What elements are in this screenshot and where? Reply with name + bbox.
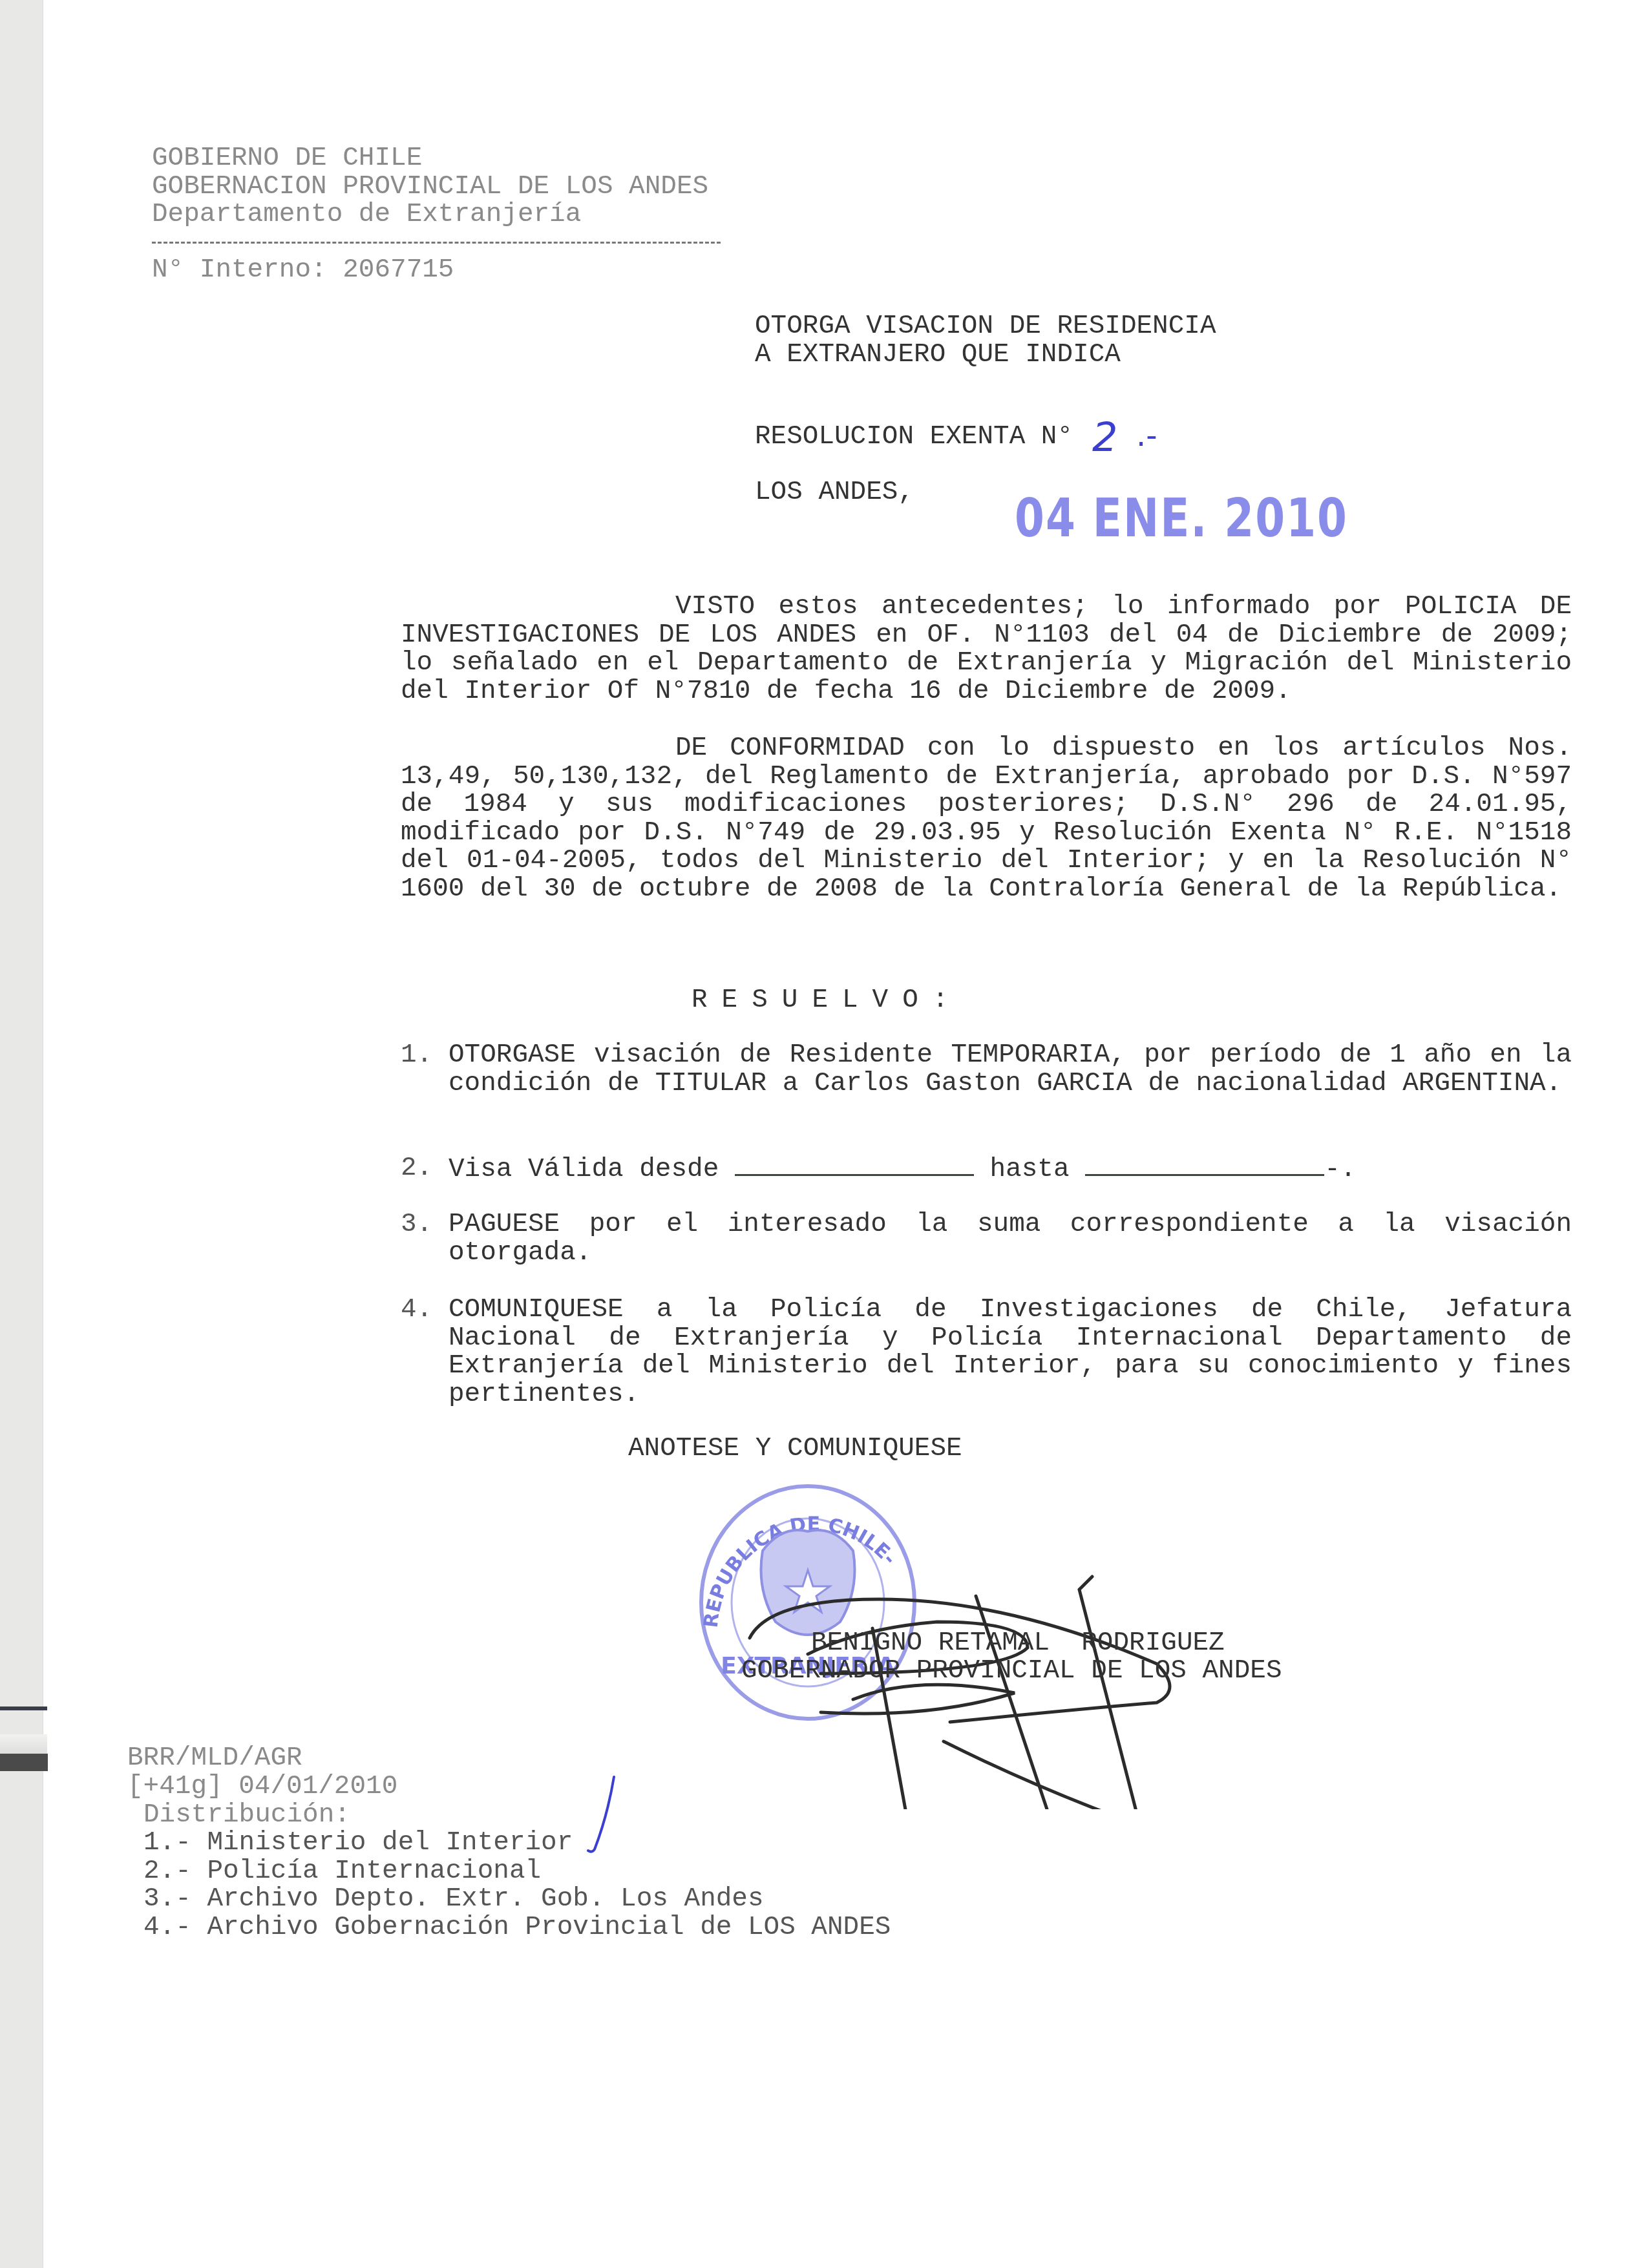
item-text: Visa Válida desde bbox=[449, 1155, 719, 1184]
item-text: hasta bbox=[990, 1155, 1070, 1184]
author-initials: BRR/MLD/AGR bbox=[127, 1745, 302, 1773]
scanner-edge-strip bbox=[0, 0, 43, 2268]
distribution-item: 3.- Archivo Depto. Extr. Gob. Los Andes bbox=[143, 1885, 764, 1914]
visto-paragraph: VISTO estos antecedentes; lo informado p… bbox=[401, 593, 1572, 706]
signatory-title: GOBERNADOR PROVINCIAL DE LOS ANDES bbox=[741, 1657, 1282, 1686]
scanner-edge-mark bbox=[0, 1734, 47, 1754]
letterhead-divider bbox=[152, 242, 721, 244]
resolution-number-suffix: .- bbox=[1136, 417, 1157, 454]
internal-number: N° Interno: 2067715 bbox=[152, 257, 454, 285]
distribution-title: Distribución: bbox=[143, 1801, 350, 1830]
distribution-item: 2.- Policía Internacional bbox=[143, 1858, 541, 1886]
item-number: 3. bbox=[401, 1211, 432, 1239]
resolution-label: RESOLUCION EXENTA N° bbox=[755, 423, 1073, 452]
valid-to-blank bbox=[1085, 1155, 1324, 1176]
visto-lead: VISTO bbox=[675, 592, 755, 622]
letterhead-line: GOBERNACION PROVINCIAL DE LOS ANDES bbox=[152, 172, 708, 202]
distribution-item: 1.- Ministerio del Interior bbox=[143, 1829, 573, 1858]
conformidad-paragraph: DE CONFORMIDAD con lo dispuesto en los a… bbox=[401, 735, 1572, 904]
letterhead-line: Departamento de Extranjería bbox=[152, 200, 581, 229]
scanner-edge-mark bbox=[0, 1754, 48, 1771]
date-stamp: 04 ENE. 2010 bbox=[1015, 487, 1348, 549]
title-line: A EXTRANJERO QUE INDICA bbox=[755, 340, 1121, 370]
item-text: -. bbox=[1324, 1155, 1356, 1184]
conformidad-text: con lo dispuesto en los artículos Nos. 1… bbox=[401, 733, 1572, 904]
letterhead: GOBIERNO DE CHILE GOBERNACION PROVINCIAL… bbox=[152, 145, 708, 229]
resolution-item: 1. OTORGASE visación de Residente TEMPOR… bbox=[401, 1042, 1572, 1098]
item-number: 1. bbox=[401, 1042, 432, 1070]
resolution-item: 4. COMUNIQUESE a la Policía de Investiga… bbox=[401, 1296, 1572, 1409]
item-text: COMUNIQUESE a la Policía de Investigacio… bbox=[449, 1296, 1572, 1409]
document-title: OTORGA VISACION DE RESIDENCIA A EXTRANJE… bbox=[755, 313, 1216, 369]
resolution-item: 2. Visa Válida desde hasta -. bbox=[401, 1155, 1572, 1184]
letterhead-line: GOBIERNO DE CHILE bbox=[152, 143, 422, 173]
document-reference: [+41g] 04/01/2010 bbox=[127, 1773, 397, 1801]
closing-formula: ANOTESE Y COMUNIQUESE bbox=[628, 1435, 962, 1464]
scanner-edge-mark bbox=[0, 1706, 47, 1710]
valid-from-blank bbox=[735, 1155, 974, 1176]
resolution-item: 3. PAGUESE por el interesado la suma cor… bbox=[401, 1211, 1572, 1267]
resolution-number-handwritten: 2 bbox=[1092, 414, 1117, 461]
signatory-name: BENIGNO RETAMAL RODRIGUEZ bbox=[811, 1630, 1225, 1658]
place-label: LOS ANDES, bbox=[755, 479, 914, 507]
item-text: OTORGASE visación de Residente TEMPORARI… bbox=[449, 1042, 1572, 1098]
conformidad-lead: DE CONFORMIDAD bbox=[675, 733, 905, 763]
title-line: OTORGA VISACION DE RESIDENCIA bbox=[755, 311, 1216, 341]
resuelvo-heading: RESUELVO: bbox=[692, 987, 962, 1015]
item-text: PAGUESE por el interesado la suma corres… bbox=[449, 1211, 1572, 1267]
checkmark-icon bbox=[578, 1774, 624, 1858]
item-number: 2. bbox=[401, 1155, 432, 1183]
item-number: 4. bbox=[401, 1296, 432, 1325]
visto-text: estos antecedentes; lo informado por POL… bbox=[401, 592, 1572, 706]
distribution-item: 4.- Archivo Gobernación Provincial de LO… bbox=[143, 1914, 891, 1942]
